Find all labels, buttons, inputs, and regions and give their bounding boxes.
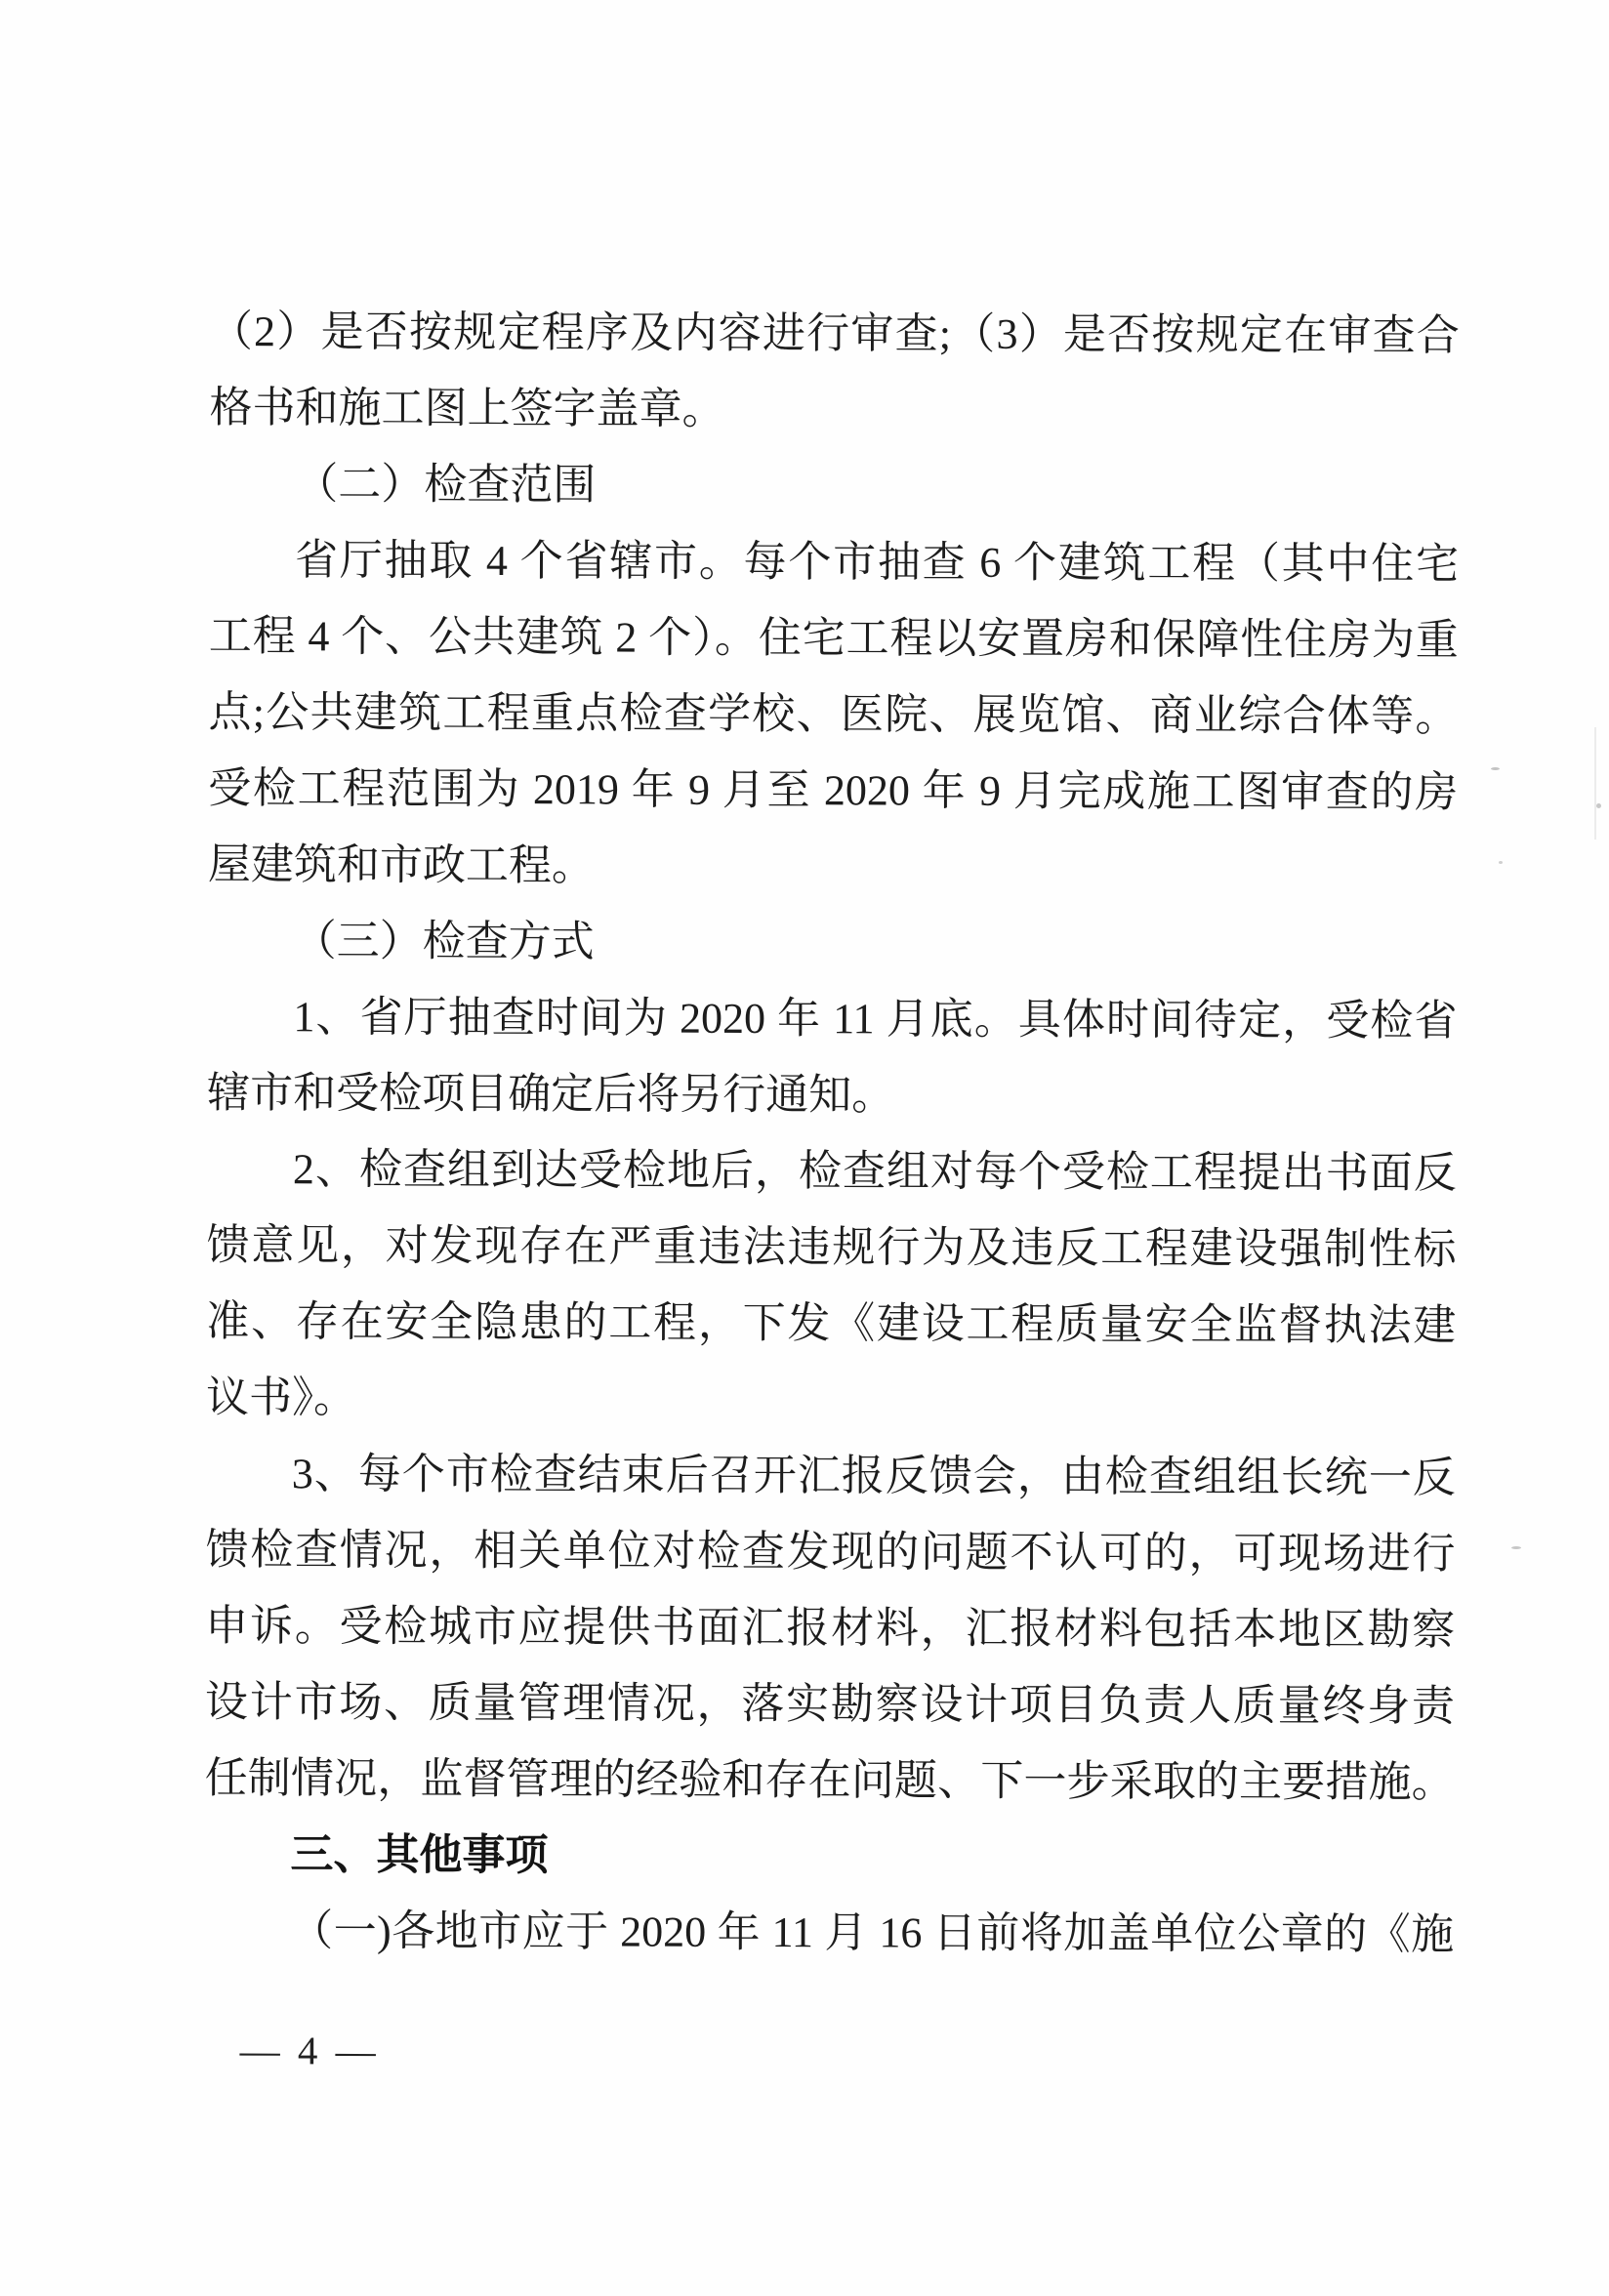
section-heading: 三、其他事项 — [204, 1817, 1454, 1897]
text-line: （2）是否按规定程序及内容进行审查;（3）是否按规定在审查合 — [210, 294, 1460, 374]
text-line: 辖市和受检项目确定后将另行通知。 — [207, 1055, 1457, 1135]
text-line: 3、每个市检查结束后召开汇报反馈会，由检查组组长统一反 — [206, 1436, 1456, 1516]
text-line: 2、检查组到达受检地后，检查组对每个受检工程提出书面反 — [207, 1131, 1457, 1211]
text-line: 屋建筑和市政工程。 — [208, 827, 1458, 907]
section-heading: （二）检查范围 — [209, 446, 1459, 526]
text-line: 点;公共建筑工程重点检查学校、医院、展览馆、商业综合体等。 — [208, 675, 1458, 755]
text-line: 申诉。受检城市应提供书面汇报材料，汇报材料包括本地区勘察 — [205, 1588, 1455, 1668]
document-page: （2）是否按规定程序及内容进行审查;（3）是否按规定在审查合 格书和施工图上签字… — [0, 0, 1609, 2296]
section-heading: （三）检查方式 — [208, 903, 1458, 983]
document-body: （2）是否按规定程序及内容进行审查;（3）是否按规定在审查合 格书和施工图上签字… — [204, 294, 1460, 1973]
scan-speck — [1596, 803, 1601, 808]
text-line: （一)各地市应于 2020 年 11 月 16 日前将加盖单位公章的《施 — [204, 1893, 1454, 1973]
scan-speck — [1511, 1546, 1521, 1549]
scan-speck — [1491, 767, 1500, 770]
text-line: 馈检查情况，相关单位对检查发现的问题不认可的，可现场进行 — [205, 1512, 1455, 1592]
page-number: — 4 — — [240, 2029, 380, 2071]
text-line: 省厅抽取 4 个省辖市。每个市抽查 6 个建筑工程（其中住宅 — [209, 522, 1459, 602]
text-line: 任制情况，监督管理的经验和存在问题、下一步采取的主要措施。 — [205, 1741, 1455, 1821]
text-line: 准、存在安全隐患的工程，下发《建设工程质量安全监督执法建 — [206, 1284, 1456, 1364]
text-line: 设计市场、质量管理情况，落实勘察设计项目负责人质量终身责 — [205, 1664, 1455, 1744]
text-line: 受检工程范围为 2019 年 9 月至 2020 年 9 月完成施工图审查的房 — [208, 751, 1458, 831]
text-line: 馈意见，对发现存在严重违法违规行为及违反工程建设强制性标 — [206, 1208, 1456, 1288]
scan-streak — [1594, 727, 1596, 840]
text-line: 工程 4 个、公共建筑 2 个）。住宅工程以安置房和保障性住房为重 — [209, 598, 1459, 678]
scanned-text-area: （2）是否按规定程序及内容进行审查;（3）是否按规定在审查合 格书和施工图上签字… — [0, 0, 1609, 2296]
scan-speck — [1499, 861, 1503, 864]
text-line: 格书和施工图上签字盖章。 — [209, 370, 1459, 450]
text-line: 1、省厅抽查时间为 2020 年 11 月底。具体时间待定，受检省 — [207, 979, 1457, 1059]
text-line: 议书》。 — [206, 1360, 1456, 1440]
